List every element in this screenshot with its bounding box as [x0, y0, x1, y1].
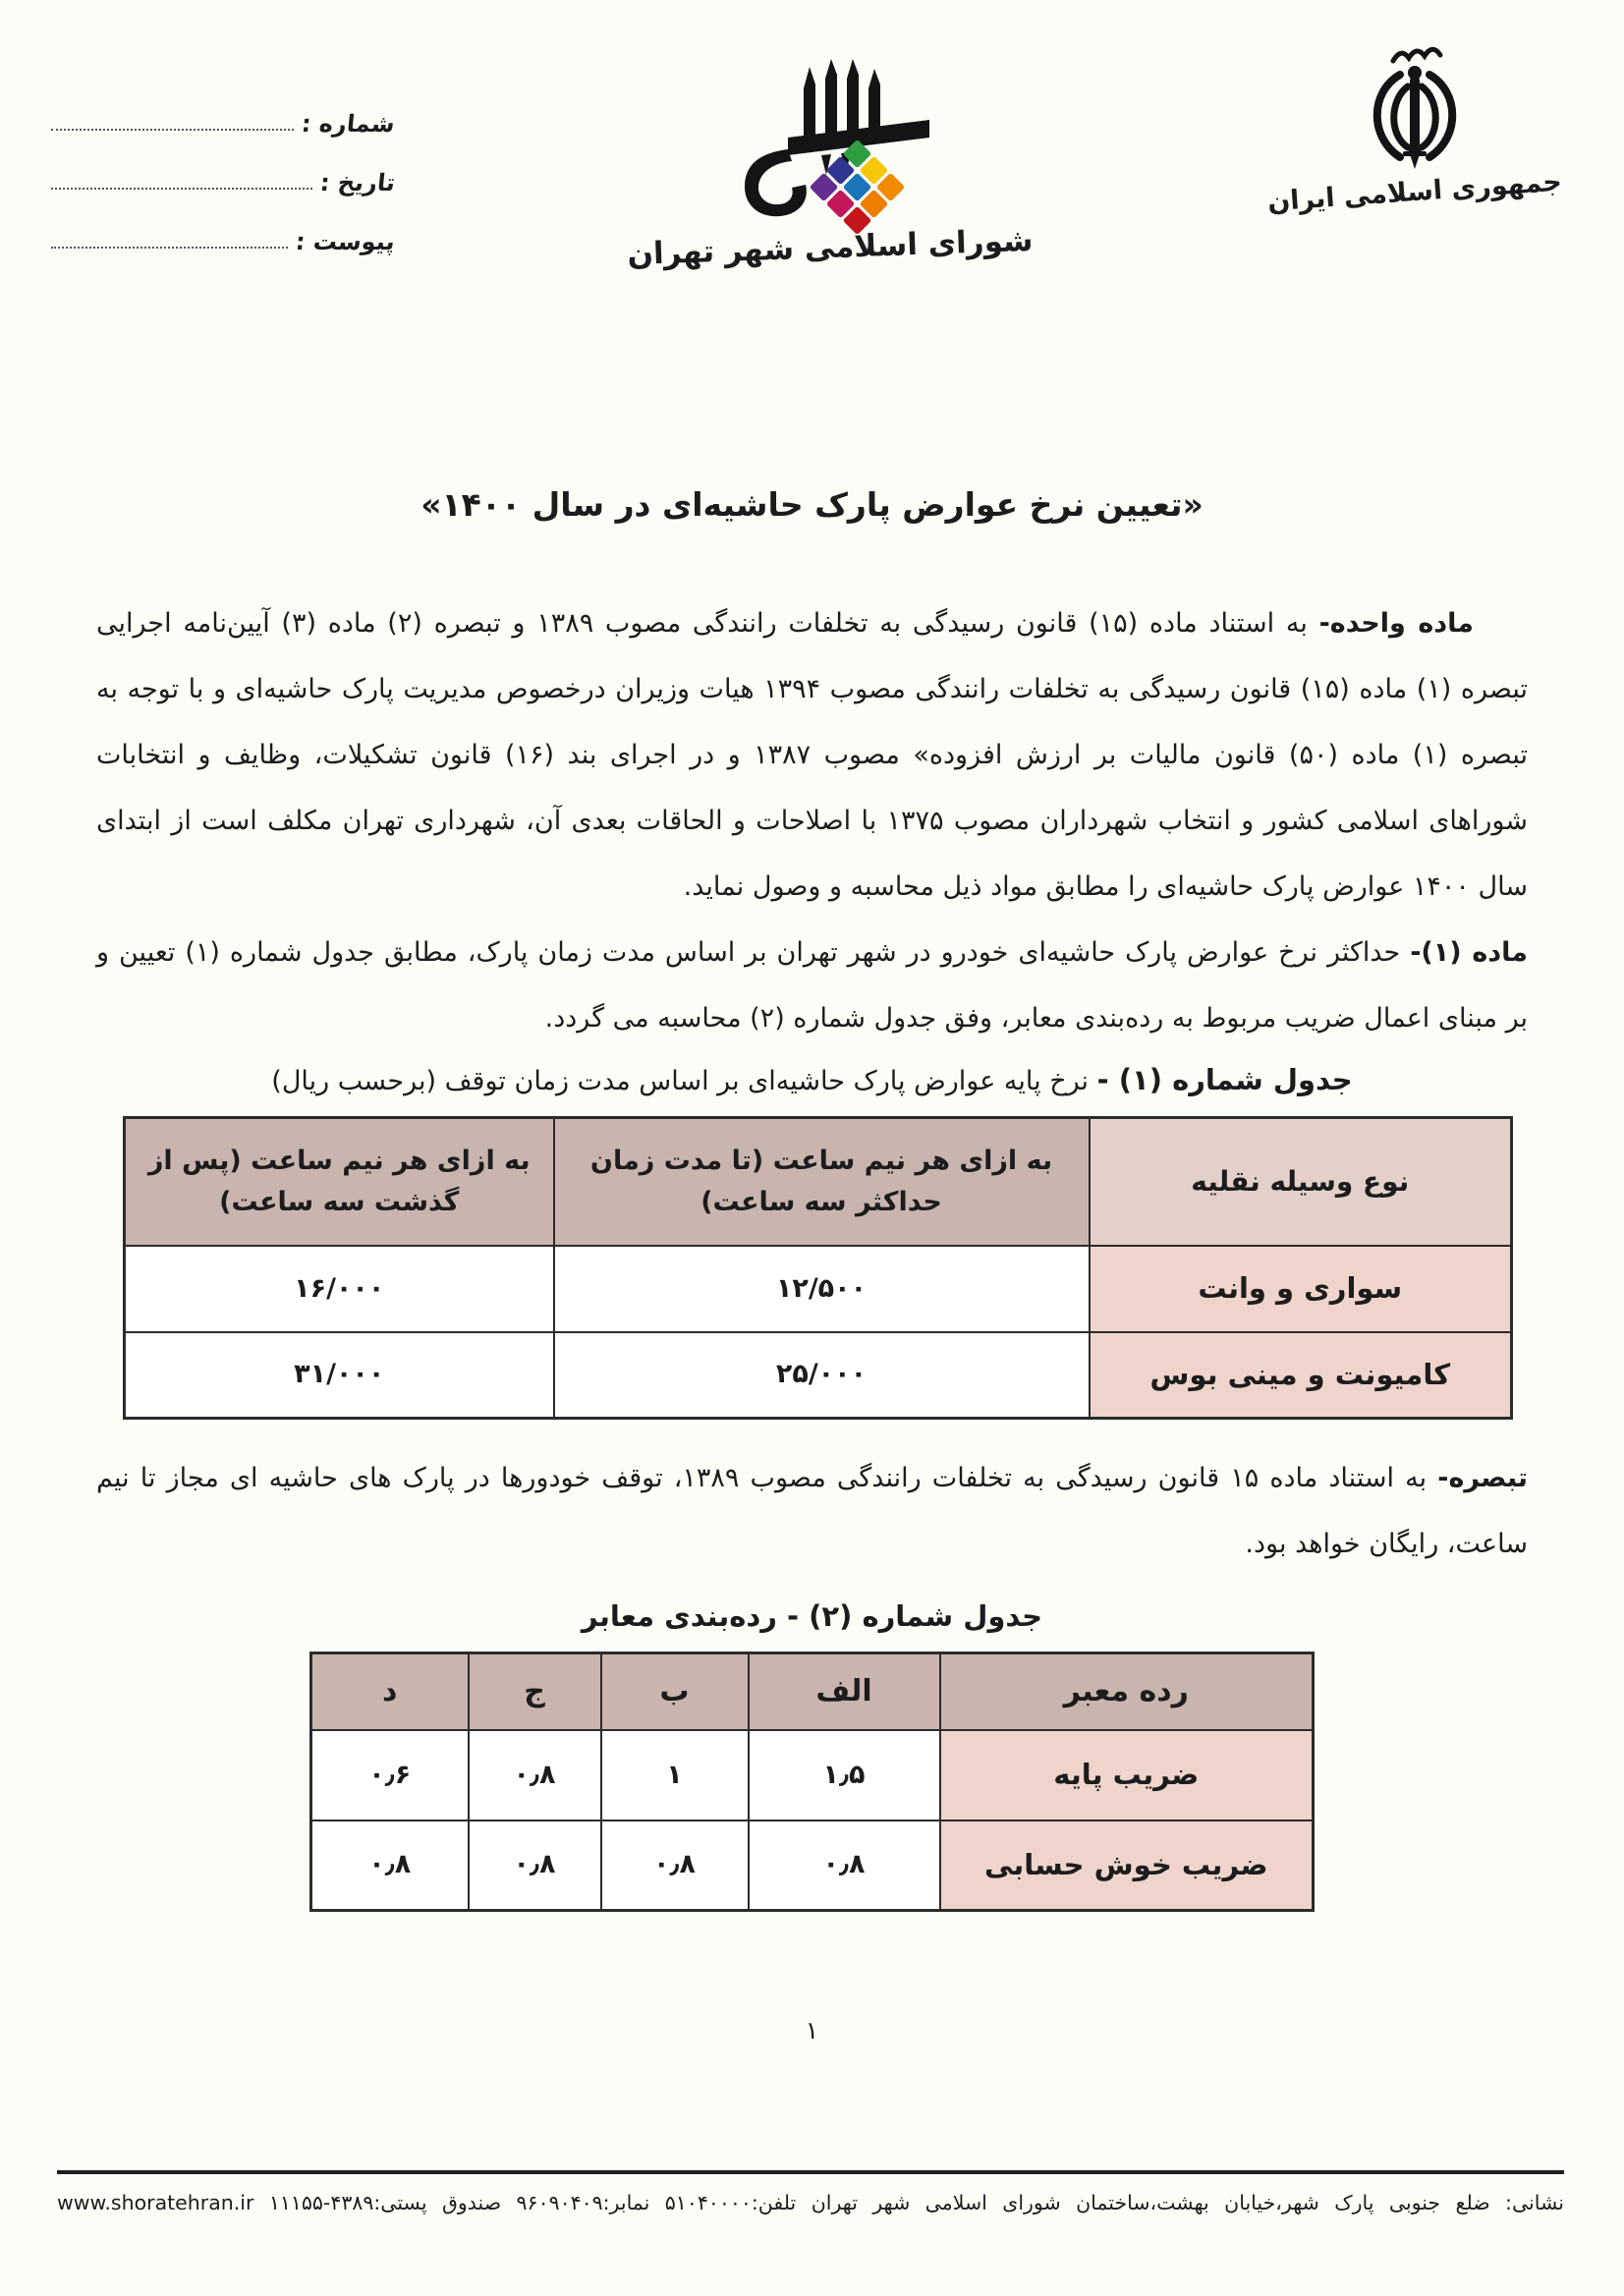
madeh-1-lead: ماده (۱)- — [1410, 937, 1528, 968]
table-row: ضریب خوش حسابی ۰٫۸ ۰٫۸ ۰٫۸ ۰٫۸ — [311, 1820, 1314, 1911]
rate-table-caption-lead: جدول شماره (۱) - — [1097, 1063, 1353, 1096]
road-class-header-label: رده معبر — [940, 1653, 1314, 1730]
page-number: ۱ — [0, 2016, 1624, 2044]
rate-car-after-3h: ۱۶/۰۰۰ — [125, 1246, 554, 1332]
table-row: کامیونت و مینی بوس ۲۵/۰۰۰ ۳۱/۰۰۰ — [125, 1332, 1512, 1419]
state-name: جمهوری اسلامی ایران — [1252, 166, 1577, 219]
base-coefficient-dal: ۰٫۶ — [311, 1730, 469, 1820]
council-logo-block: شورای اسلامی شهر تهران — [565, 51, 1095, 265]
rate-row-car-label: سواری و وانت — [1090, 1246, 1512, 1332]
document-page: شماره : تاريخ : پیوست : — [0, 0, 1624, 2296]
state-emblem-block: جمهوری اسلامی ایران — [1253, 45, 1577, 207]
dotted-line — [51, 247, 288, 249]
road-class-header-jim: ج — [469, 1653, 601, 1730]
rate-truck-upto-3h: ۲۵/۰۰۰ — [554, 1332, 1090, 1419]
attachment-field-label: پیوست : — [287, 228, 397, 255]
rate-row-truck-label: کامیونت و مینی بوس — [1090, 1332, 1512, 1419]
rate-table: نوع وسیله نقلیه به ازای هر نیم ساعت (تا … — [123, 1116, 1513, 1420]
attachment-field: پیوست : — [51, 196, 395, 255]
goodpay-coefficient-dal: ۰٫۸ — [311, 1820, 469, 1911]
madeh-1-paragraph: ماده (۱)- حداکثر نرخ عوارض پارک حاشیه‌ای… — [96, 920, 1528, 1051]
rate-table-header-row: نوع وسیله نقلیه به ازای هر نیم ساعت (تا … — [125, 1118, 1512, 1246]
road-class-header-row: رده معبر الف ب ج د — [311, 1653, 1314, 1730]
rate-table-caption: جدول شماره (۱) - نرخ پایه عوارض پارک حاش… — [96, 1057, 1528, 1104]
road-class-header-dal: د — [311, 1653, 469, 1730]
base-coefficient-jim: ۰٫۸ — [469, 1730, 601, 1820]
number-field-label: شماره : — [293, 110, 397, 138]
madeh-vahedeh-paragraph: ماده واحده- به استناد ماده (۱۵) قانون رس… — [96, 590, 1528, 920]
rate-car-upto-3h: ۱۲/۵۰۰ — [554, 1246, 1090, 1332]
goodpay-coefficient-be: ۰٫۸ — [601, 1820, 749, 1911]
goodpay-coefficient-jim: ۰٫۸ — [469, 1820, 601, 1911]
madeh-vahedeh-text: به استناد ماده (۱۵) قانون رسیدگی به تخلف… — [96, 608, 1528, 902]
letterhead-fields: شماره : تاريخ : پیوست : — [51, 79, 395, 255]
rate-table-caption-text: نرخ پایه عوارض پارک حاشیه‌ای بر اساس مدت… — [271, 1066, 1096, 1096]
road-class-table: رده معبر الف ب ج د ضریب پایه ۱٫۵ ۱ ۰٫۸ ۰… — [309, 1652, 1315, 1912]
rate-truck-after-3h: ۳۱/۰۰۰ — [125, 1332, 554, 1419]
base-coefficient-be: ۱ — [601, 1730, 749, 1820]
document-body: ماده واحده- به استناد ماده (۱۵) قانون رس… — [96, 590, 1528, 1912]
goodpay-coefficient-alef: ۰٫۸ — [749, 1820, 940, 1911]
footer-divider — [57, 2170, 1564, 2174]
iran-emblem-icon — [1355, 45, 1475, 171]
dotted-line — [51, 129, 294, 131]
madeh-1-text: حداکثر نرخ عوارض پارک حاشیه‌ای خودرو در … — [96, 937, 1528, 1034]
madeh-vahedeh-lead: ماده واحده- — [1319, 608, 1474, 639]
footer-address: نشانی: ضلع جنوبی پارک شهر،خیابان بهشت،سا… — [57, 2191, 1564, 2214]
road-class-header-be: ب — [601, 1653, 749, 1730]
page-title: «تعیین نرخ عوارض پارک حاشیه‌ای در سال ۱۴… — [0, 485, 1624, 524]
base-coefficient-label: ضریب پایه — [940, 1730, 1314, 1820]
council-logo-icon — [707, 51, 953, 230]
dotted-line — [51, 188, 312, 190]
rate-table-header-after-3h: به ازای هر نیم ساعت (پس از گذشت سه ساعت) — [125, 1118, 554, 1246]
tabsareh-lead: تبصره- — [1437, 1463, 1528, 1493]
base-coefficient-alef: ۱٫۵ — [749, 1730, 940, 1820]
date-field: تاريخ : — [51, 138, 395, 196]
table-row: ضریب پایه ۱٫۵ ۱ ۰٫۸ ۰٫۶ — [311, 1730, 1314, 1820]
road-class-header-alef: الف — [749, 1653, 940, 1730]
date-field-label: تاريخ : — [310, 169, 396, 196]
road-class-table-caption: جدول شماره (۲) - رده‌بندی معابر — [96, 1595, 1528, 1638]
tabsareh-text: به استناد ماده ۱۵ قانون رسیدگی به تخلفات… — [96, 1463, 1528, 1559]
rate-table-header-vehicle: نوع وسیله نقلیه — [1090, 1118, 1512, 1246]
goodpay-coefficient-label: ضریب خوش حسابی — [940, 1820, 1314, 1911]
table-row: سواری و وانت ۱۲/۵۰۰ ۱۶/۰۰۰ — [125, 1246, 1512, 1332]
tabsareh-paragraph: تبصره- به استناد ماده ۱۵ قانون رسیدگی به… — [96, 1445, 1528, 1577]
rate-table-header-upto-3h: به ازای هر نیم ساعت (تا مدت زمان حداکثر … — [554, 1118, 1090, 1246]
number-field: شماره : — [51, 79, 395, 138]
